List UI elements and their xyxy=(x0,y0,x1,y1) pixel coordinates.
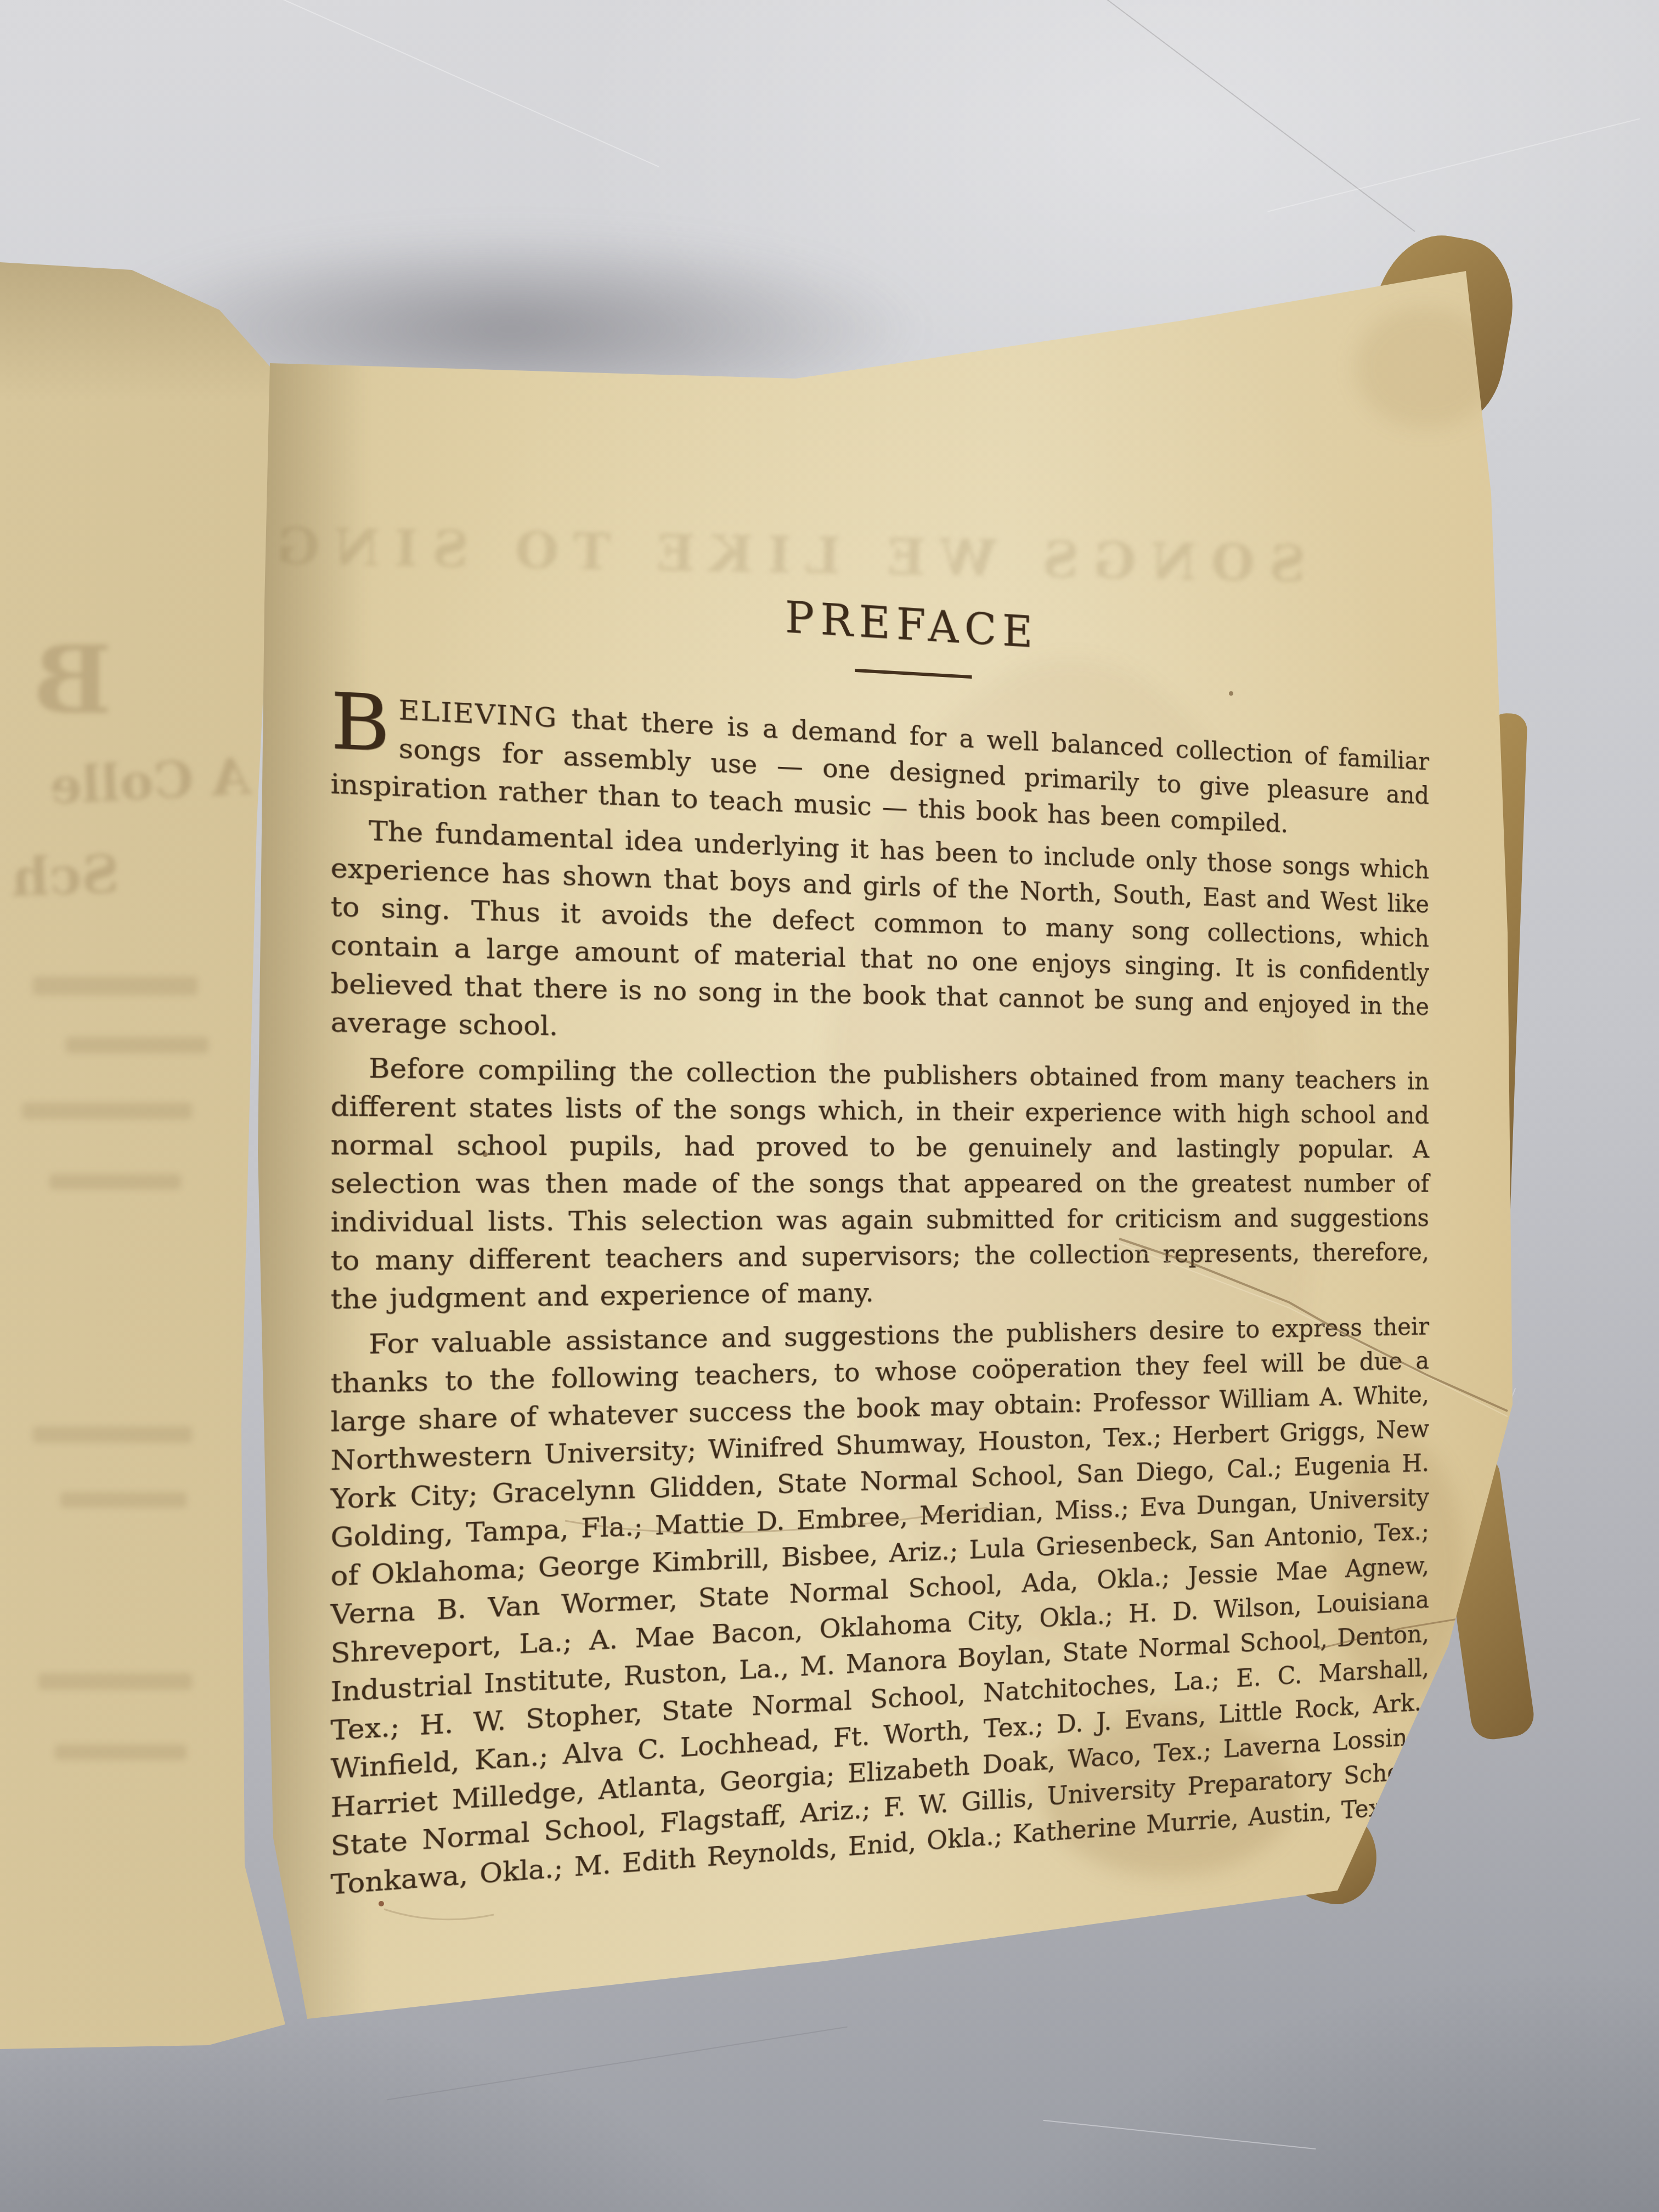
ghost-text-blur xyxy=(60,1492,187,1508)
ghost-fragment-a-colle: A Colle xyxy=(48,746,252,816)
ghost-text-blur xyxy=(33,1426,192,1443)
preface-body: BELIEVING that there is a demand for a w… xyxy=(330,688,1429,1905)
ghost-text-blur xyxy=(66,1037,208,1053)
ghost-text-blur xyxy=(55,1745,187,1760)
ghost-fragment-b: B xyxy=(33,625,112,735)
lead-in-caps: ELIEVING xyxy=(399,694,558,733)
photo-of-book-preface: { "photo": { "subject": "open vintage so… xyxy=(0,0,1659,2212)
paragraph-4: For valuable assistance and suggestions … xyxy=(330,1310,1429,1905)
ghost-text-blur xyxy=(38,1673,192,1690)
paragraph-3: Before compiling the collection the publ… xyxy=(330,1049,1429,1319)
ghost-text-blur xyxy=(49,1174,181,1189)
drop-cap: B xyxy=(330,688,398,754)
heading-rule xyxy=(855,669,972,679)
ghost-fragment-sch: Sch xyxy=(10,843,120,909)
printed-text-block: PREFACE BELIEVING that there is a demand… xyxy=(330,563,1429,1912)
ghost-text-blur xyxy=(22,1103,192,1119)
ghost-text-blur xyxy=(33,977,198,995)
paragraph-2: The fundamental idea underlying it has b… xyxy=(330,810,1429,1058)
